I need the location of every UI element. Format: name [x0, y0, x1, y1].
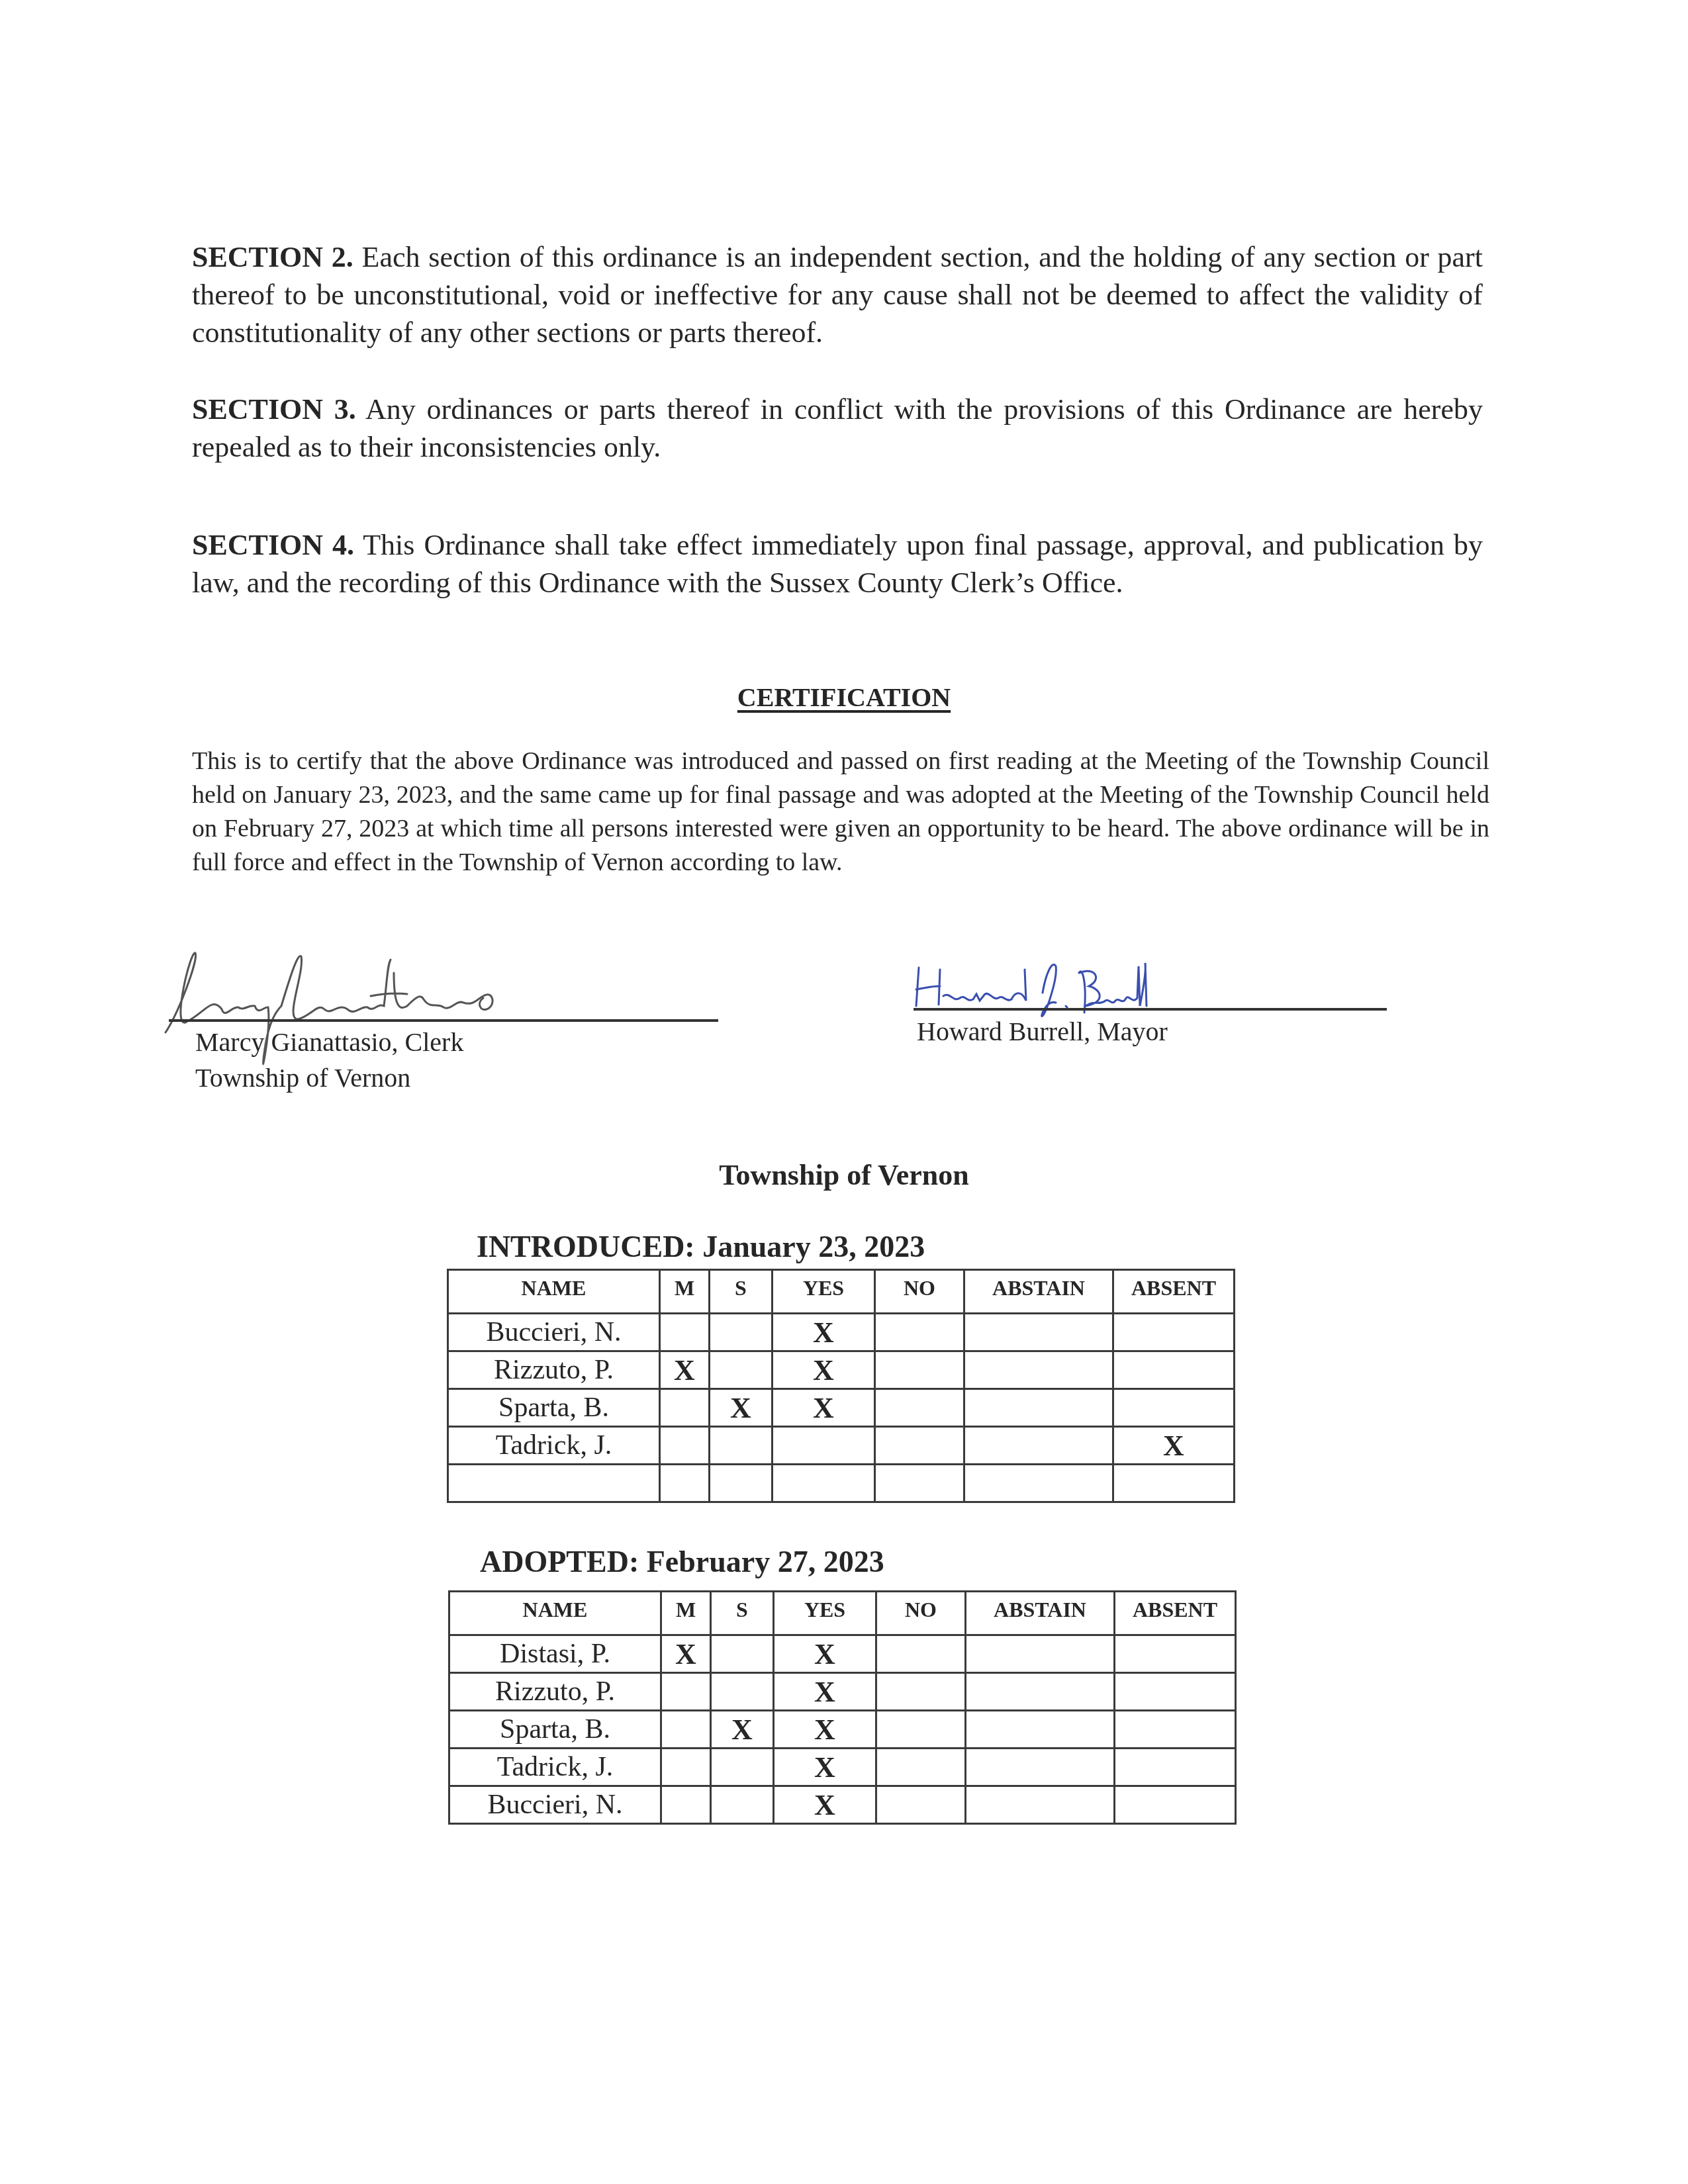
vote-cell-no	[876, 1749, 966, 1786]
vote-cell-m	[660, 1389, 710, 1427]
vote-cell-abstain	[966, 1673, 1115, 1711]
clerk-signature-line	[169, 1019, 718, 1022]
section-3-text: Any ordinances or parts thereof in confl…	[192, 393, 1483, 463]
vote-cell-s	[711, 1673, 774, 1711]
member-name	[448, 1465, 660, 1502]
column-header-absent: ABSENT	[1115, 1592, 1236, 1635]
table-header-row: NAMEMSYESNOABSTAINABSENT	[448, 1270, 1235, 1314]
vote-cell-m	[661, 1711, 711, 1749]
vote-cell-abstain	[966, 1786, 1115, 1824]
column-header-m: M	[660, 1270, 710, 1314]
vote-cell-m	[660, 1427, 710, 1465]
vote-cell-s	[711, 1749, 774, 1786]
vote-cell-yes	[773, 1427, 875, 1465]
vote-cell-absent	[1115, 1635, 1236, 1673]
vote-cell-no	[876, 1711, 966, 1749]
clerk-name: Marcy Gianattasio, Clerk	[195, 1024, 463, 1060]
vote-cell-m	[661, 1673, 711, 1711]
column-header-s: S	[710, 1270, 773, 1314]
vote-cell-no	[875, 1314, 964, 1351]
vote-cell-abstain	[966, 1749, 1115, 1786]
section-4-text: This Ordinance shall take effect immedia…	[192, 529, 1483, 599]
vote-cell-abstain	[964, 1427, 1113, 1465]
vote-cell-yes	[773, 1465, 875, 1502]
column-header-yes: YES	[773, 1270, 875, 1314]
member-name: Sparta, B.	[448, 1389, 660, 1427]
vote-cell-absent	[1115, 1749, 1236, 1786]
column-header-abstain: ABSTAIN	[966, 1592, 1115, 1635]
member-name: Buccieri, N.	[449, 1786, 661, 1824]
section-3-paragraph: SECTION 3. Any ordinances or parts there…	[192, 390, 1483, 466]
vote-cell-abstain	[964, 1465, 1113, 1502]
vote-cell-yes: X	[773, 1351, 875, 1389]
vote-cell-abstain	[964, 1314, 1113, 1351]
vote-cell-no	[876, 1635, 966, 1673]
table-row	[448, 1465, 1235, 1502]
vote-cell-yes: X	[774, 1673, 876, 1711]
vote-cell-s: X	[710, 1389, 773, 1427]
section-4-label: SECTION 4.	[192, 529, 354, 561]
vote-cell-no	[876, 1786, 966, 1824]
table-row: Tadrick, J.X	[449, 1749, 1236, 1786]
section-2-text: Each section of this ordinance is an ind…	[192, 241, 1483, 349]
vote-cell-absent	[1113, 1465, 1235, 1502]
vote-cell-yes: X	[773, 1389, 875, 1427]
section-2-label: SECTION 2.	[192, 241, 353, 273]
adopted-caption: ADOPTED: February 27, 2023	[480, 1544, 884, 1579]
vote-cell-no	[876, 1673, 966, 1711]
column-header-name: NAME	[449, 1592, 661, 1635]
vote-cell-no	[875, 1465, 964, 1502]
table-row: Rizzuto, P.XX	[448, 1351, 1235, 1389]
vote-cell-abstain	[964, 1351, 1113, 1389]
column-header-absent: ABSENT	[1113, 1270, 1235, 1314]
member-name: Tadrick, J.	[449, 1749, 661, 1786]
table-row: Distasi, P.XX	[449, 1635, 1236, 1673]
vote-cell-s: X	[711, 1711, 774, 1749]
column-header-no: NO	[876, 1592, 966, 1635]
column-header-m: M	[661, 1592, 711, 1635]
member-name: Distasi, P.	[449, 1635, 661, 1673]
adopted-vote-table: NAMEMSYESNOABSTAINABSENT Distasi, P.XXRi…	[448, 1590, 1237, 1825]
vote-cell-absent	[1115, 1711, 1236, 1749]
table-header-row: NAMEMSYESNOABSTAINABSENT	[449, 1592, 1236, 1635]
vote-cell-no	[875, 1389, 964, 1427]
vote-cell-s	[711, 1635, 774, 1673]
vote-cell-absent: X	[1113, 1427, 1235, 1465]
table-row: Buccieri, N.X	[449, 1786, 1236, 1824]
certification-body: This is to certify that the above Ordina…	[192, 745, 1489, 880]
introduced-caption: INTRODUCED: January 23, 2023	[477, 1229, 925, 1264]
introduced-vote-table: NAMEMSYESNOABSTAINABSENT Buccieri, N.XRi…	[447, 1269, 1235, 1503]
column-header-no: NO	[875, 1270, 964, 1314]
vote-cell-yes: X	[774, 1786, 876, 1824]
member-name: Rizzuto, P.	[448, 1351, 660, 1389]
member-name: Rizzuto, P.	[449, 1673, 661, 1711]
mayor-name: Howard Burrell, Mayor	[917, 1014, 1168, 1050]
clerk-organization: Township of Vernon	[195, 1060, 410, 1096]
mayor-signature-line	[914, 1008, 1387, 1011]
vote-cell-yes: X	[774, 1635, 876, 1673]
vote-cell-absent	[1115, 1786, 1236, 1824]
certification-heading: CERTIFICATION	[0, 682, 1688, 713]
vote-cell-absent	[1115, 1673, 1236, 1711]
member-name: Buccieri, N.	[448, 1314, 660, 1351]
vote-cell-abstain	[966, 1711, 1115, 1749]
section-4-paragraph: SECTION 4. This Ordinance shall take eff…	[192, 526, 1483, 602]
vote-cell-m	[660, 1314, 710, 1351]
vote-record-title: Township of Vernon	[0, 1158, 1688, 1192]
vote-cell-absent	[1113, 1389, 1235, 1427]
table-row: Sparta, B.XX	[448, 1389, 1235, 1427]
vote-cell-m	[661, 1749, 711, 1786]
vote-cell-s	[710, 1314, 773, 1351]
vote-cell-absent	[1113, 1314, 1235, 1351]
section-3-label: SECTION 3.	[192, 393, 356, 426]
vote-cell-s	[710, 1351, 773, 1389]
member-name: Tadrick, J.	[448, 1427, 660, 1465]
vote-cell-m: X	[661, 1635, 711, 1673]
column-header-s: S	[711, 1592, 774, 1635]
column-header-yes: YES	[774, 1592, 876, 1635]
vote-cell-m	[660, 1465, 710, 1502]
member-name: Sparta, B.	[449, 1711, 661, 1749]
vote-cell-abstain	[964, 1389, 1113, 1427]
vote-cell-no	[875, 1427, 964, 1465]
vote-cell-s	[710, 1427, 773, 1465]
vote-cell-s	[711, 1786, 774, 1824]
table-row: Tadrick, J.X	[448, 1427, 1235, 1465]
table-row: Rizzuto, P.X	[449, 1673, 1236, 1711]
section-2-paragraph: SECTION 2. Each section of this ordinanc…	[192, 238, 1483, 351]
column-header-name: NAME	[448, 1270, 660, 1314]
vote-cell-no	[875, 1351, 964, 1389]
vote-cell-m: X	[660, 1351, 710, 1389]
vote-cell-yes: X	[773, 1314, 875, 1351]
vote-cell-yes: X	[774, 1711, 876, 1749]
vote-cell-s	[710, 1465, 773, 1502]
column-header-abstain: ABSTAIN	[964, 1270, 1113, 1314]
table-row: Sparta, B.XX	[449, 1711, 1236, 1749]
vote-cell-absent	[1113, 1351, 1235, 1389]
vote-cell-yes: X	[774, 1749, 876, 1786]
vote-cell-abstain	[966, 1635, 1115, 1673]
table-row: Buccieri, N.X	[448, 1314, 1235, 1351]
vote-cell-m	[661, 1786, 711, 1824]
